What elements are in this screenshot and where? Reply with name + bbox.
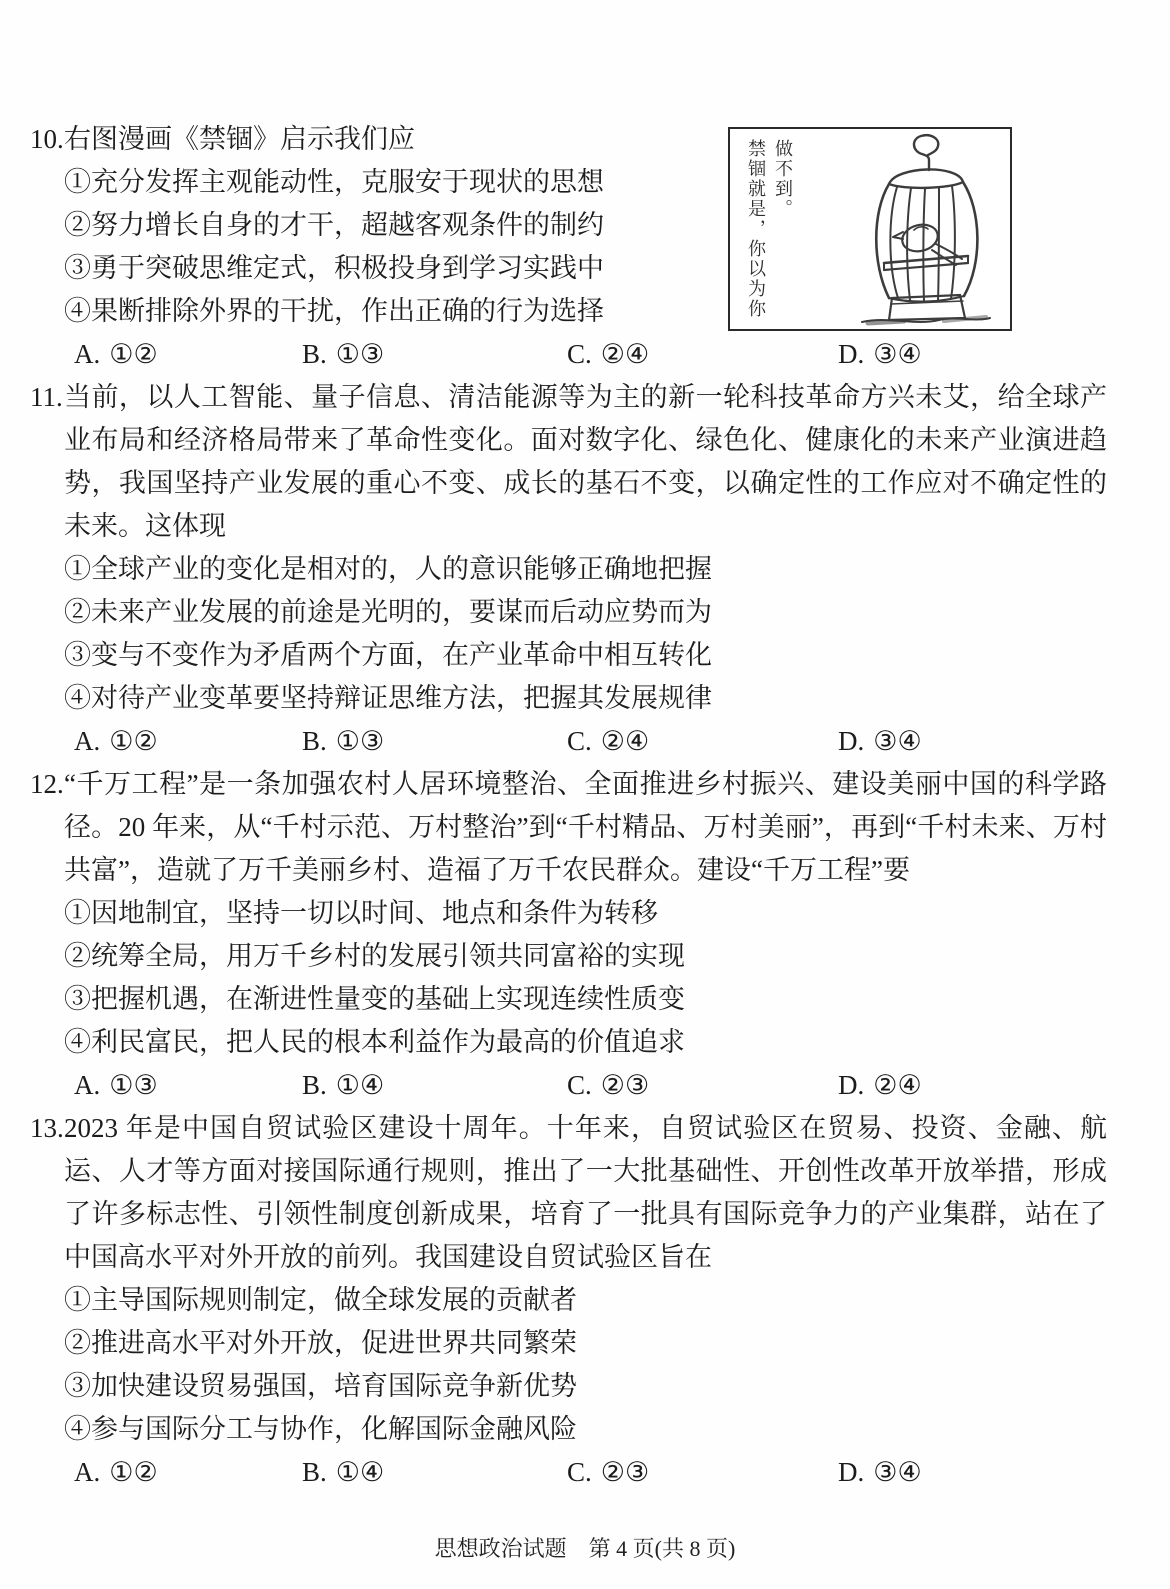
question-stem: “千万工程”是一条加强农村人居环境整治、全面推进乡村振兴、建设美丽中国的科学路径… [64,763,1107,892]
options-row: A.①② B.①③ C.②④ D.③④ [64,333,1107,376]
birdcage-icon [844,132,1004,328]
statement-item: ②推进高水平对外开放，促进世界共同繁荣 [64,1322,1107,1365]
statement-item: ④利民富民，把人民的根本利益作为最高的价值追求 [64,1021,1107,1064]
question-number: 11. [30,376,63,419]
options-row: A.①② B.①③ C.②④ D.③④ [64,720,1107,763]
question-number: 13. [30,1107,64,1150]
options-row: A.①③ B.①④ C.②③ D.②④ [64,1064,1107,1107]
option-c: C.②③ [567,1451,838,1494]
statement-item: ③变与不变作为矛盾两个方面，在产业革命中相互转化 [64,634,1107,677]
statement-item: ①因地制宜，坚持一切以时间、地点和条件为转移 [64,892,1107,935]
statement-item: ②统筹全局，用万千乡村的发展引领共同富裕的实现 [64,935,1107,978]
statement-item: ①主导国际规则制定，做全球发展的贡献者 [64,1279,1107,1322]
question-number: 10. [30,118,64,161]
cartoon-panel: 禁锢就是，你以为你 做不到。 [728,127,1012,331]
statement-item: ②未来产业发展的前途是光明的，要谋而后动应势而为 [64,591,1107,634]
option-d: D.③④ [838,720,1107,763]
option-b: B.①④ [302,1064,567,1107]
option-b: B.①③ [302,333,567,376]
question-13: 13. 2023 年是中国自贸试验区建设十周年。十年来，自贸试验区在贸易、投资、… [30,1107,1107,1494]
statement-item: ③加快建设贸易强国，培育国际竞争新优势 [64,1365,1107,1408]
question-stem: 2023 年是中国自贸试验区建设十周年。十年来，自贸试验区在贸易、投资、金融、航… [64,1107,1107,1279]
options-row: A.①② B.①④ C.②③ D.③④ [64,1451,1107,1494]
option-b: B.①④ [302,1451,567,1494]
option-c: C.②④ [567,333,838,376]
statement-item: ④对待产业变革要坚持辩证思维方法，把握其发展规律 [64,677,1107,720]
question-number: 12. [30,763,64,806]
option-d: D.③④ [838,333,1107,376]
option-d: D.②④ [838,1064,1107,1107]
option-d: D.③④ [838,1451,1107,1494]
question-12: 12. “千万工程”是一条加强农村人居环境整治、全面推进乡村振兴、建设美丽中国的… [30,763,1107,1107]
option-a: A.①② [74,720,302,763]
statement-item: ④参与国际分工与协作，化解国际金融风险 [64,1408,1107,1451]
statement-item: ③把握机遇，在渐进性量变的基础上实现连续性质变 [64,978,1107,1021]
option-a: A.①③ [74,1064,302,1107]
question-stem: 当前，以人工智能、量子信息、清洁能源等为主的新一轮科技革命方兴未艾，给全球产业布… [64,376,1107,548]
option-c: C.②③ [567,1064,838,1107]
option-c: C.②④ [567,720,838,763]
question-11: 11. 当前，以人工智能、量子信息、清洁能源等为主的新一轮科技革命方兴未艾，给全… [30,376,1107,763]
option-b: B.①③ [302,720,567,763]
option-a: A.①② [74,1451,302,1494]
option-a: A.①② [74,333,302,376]
cartoon-caption: 禁锢就是，你以为你 做不到。 [742,139,796,325]
page-footer: 思想政治试题 第 4 页(共 8 页) [0,1532,1170,1563]
statement-item: ①全球产业的变化是相对的，人的意识能够正确地把握 [64,548,1107,591]
